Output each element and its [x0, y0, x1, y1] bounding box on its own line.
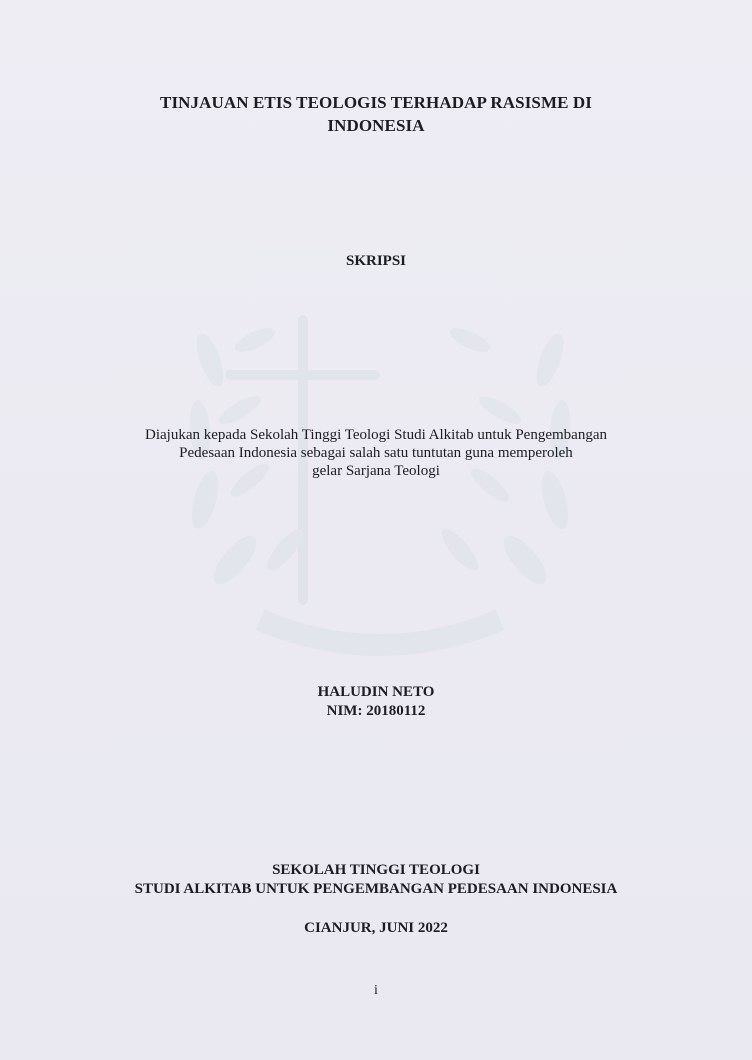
place-date: CIANJUR, JUNI 2022: [0, 920, 752, 937]
page-number: i: [0, 983, 752, 999]
document-type: SKRIPSI: [0, 253, 752, 270]
author-nim: NIM: 20180112: [0, 703, 752, 720]
submission-statement-line-2: Pedesaan Indonesia sebagai salah satu tu…: [0, 444, 752, 462]
institution-line-2: STUDI ALKITAB UNTUK PENGEMBANGAN PEDESAA…: [0, 881, 752, 898]
document-page: TINJAUAN ETIS TEOLOGIS TERHADAP RASISME …: [0, 0, 752, 1060]
submission-statement-line-3: gelar Sarjana Teologi: [0, 462, 752, 480]
thesis-title-line-2: INDONESIA: [0, 116, 752, 136]
institution-line-1: SEKOLAH TINGGI TEOLOGI: [0, 862, 752, 879]
author-name: HALUDIN NETO: [0, 684, 752, 701]
cross-laurel-emblem-icon: [170, 300, 590, 680]
submission-statement-line-1: Diajukan kepada Sekolah Tinggi Teologi S…: [0, 426, 752, 444]
thesis-title-line-1: TINJAUAN ETIS TEOLOGIS TERHADAP RASISME …: [0, 93, 752, 113]
